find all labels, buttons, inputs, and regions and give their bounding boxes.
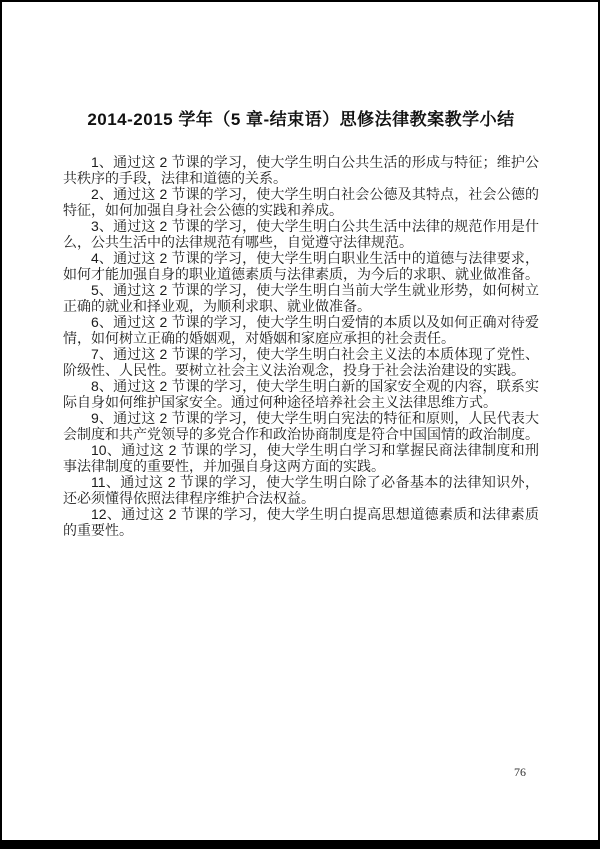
scanned-document-page: 2014-2015 学年（5 章-结束语）思修法律教案教学小结 1、通过这 2 … [0, 0, 600, 849]
summary-item-3: 3、通过这 2 节课的学习，使大学生明白公共生活中法律的规范作用是什么，公共生活… [63, 218, 539, 250]
summary-item-6: 6、通过这 2 节课的学习，使大学生明白爱情的本质以及如何正确对待爱情，如何树立… [63, 314, 539, 346]
summary-item-11: 11、通过这 2 节课的学习，使大学生明白除了必备基本的法律知识外，还必须懂得依… [63, 474, 539, 506]
summary-item-1: 1、通过这 2 节课的学习，使大学生明白公共生活的形成与特征；维护公共秩序的手段… [63, 154, 539, 186]
page-number: 76 [514, 765, 526, 780]
summary-item-2: 2、通过这 2 节课的学习，使大学生明白社会公德及其特点，社会公德的特征，如何加… [63, 186, 539, 218]
summary-item-12: 12、通过这 2 节课的学习，使大学生明白提高思想道德素质和法律素质的重要性。 [63, 506, 539, 538]
summary-item-4: 4、通过这 2 节课的学习，使大学生明白职业生活中的道德与法律要求，如何才能加强… [63, 250, 539, 282]
summary-item-5: 5、通过这 2 节课的学习，使大学生明白当前大学生就业形势，如何树立正确的就业和… [63, 282, 539, 314]
summary-item-8: 8、通过这 2 节课的学习，使大学生明白新的国家安全观的内容，联系实际自身如何维… [63, 378, 539, 410]
summary-item-10: 10、通过这 2 节课的学习，使大学生明白学习和掌握民商法律制度和刑事法律制度的… [63, 442, 539, 474]
summary-item-7: 7、通过这 2 节课的学习，使大学生明白社会主义法的本质体现了党性、阶级性、人民… [63, 346, 539, 378]
page-content: 2014-2015 学年（5 章-结束语）思修法律教案教学小结 1、通过这 2 … [63, 2, 539, 538]
summary-item-9: 9、通过这 2 节课的学习，使大学生明白宪法的特征和原则，人民代表大会制度和共产… [63, 410, 539, 442]
page-title: 2014-2015 学年（5 章-结束语）思修法律教案教学小结 [63, 105, 539, 130]
document-body: 1、通过这 2 节课的学习，使大学生明白公共生活的形成与特征；维护公共秩序的手段… [63, 154, 539, 538]
